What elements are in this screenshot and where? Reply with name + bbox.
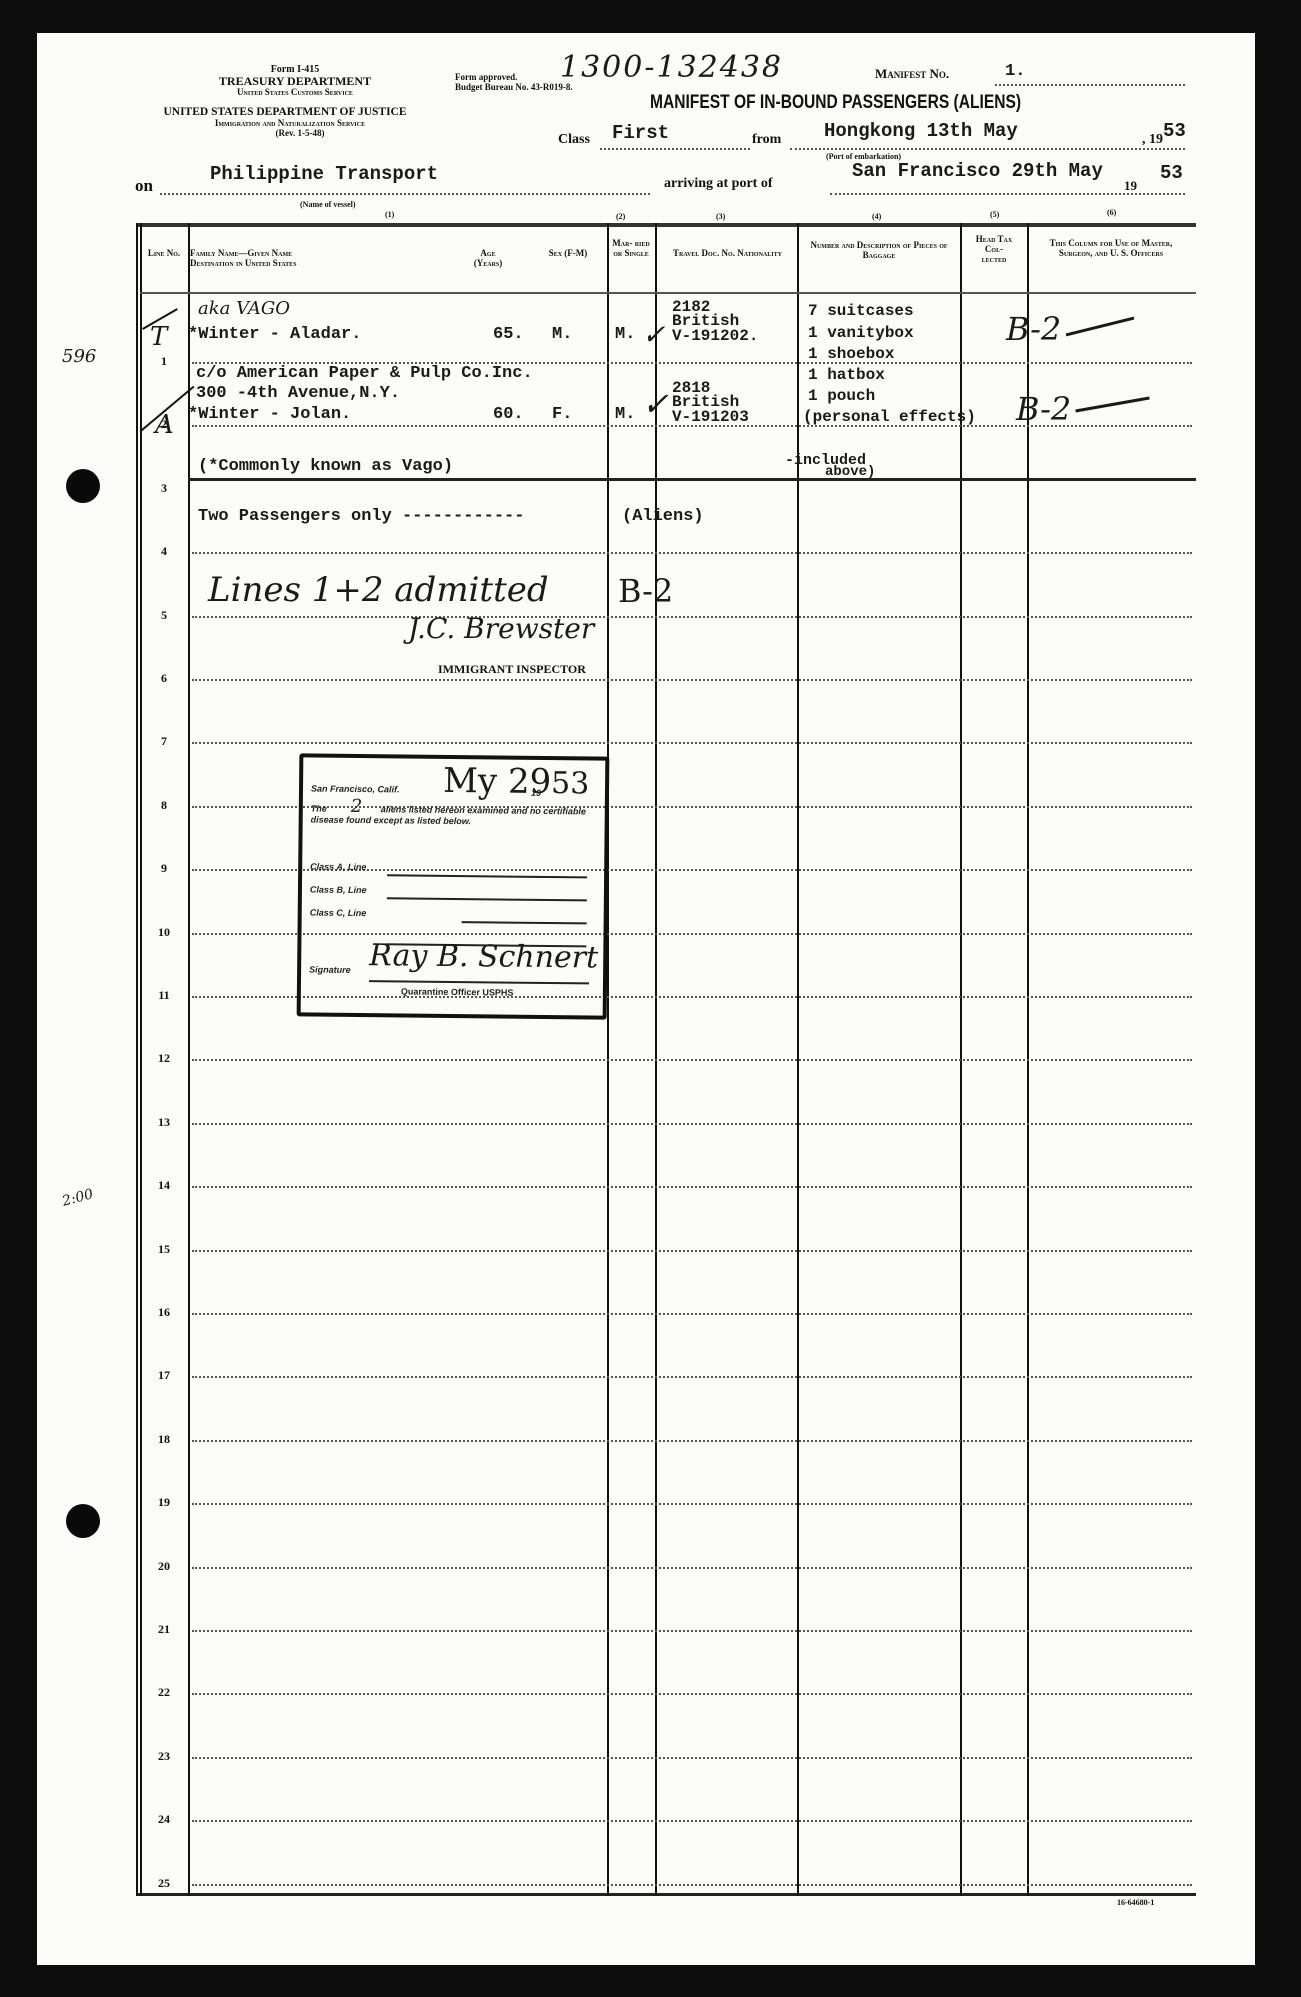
row-rule bbox=[192, 679, 1192, 681]
from-year-prefix: , 19 bbox=[1142, 132, 1163, 148]
passenger-2-sex: F. bbox=[552, 405, 572, 424]
passenger-2-nationality: British bbox=[672, 395, 739, 409]
line-number: 18 bbox=[140, 1432, 188, 1447]
header-sex: Sex (F-M) bbox=[548, 248, 588, 258]
line-number: 6 bbox=[140, 671, 188, 686]
row-rule bbox=[192, 1123, 1192, 1125]
check-mark-icon: ✓ bbox=[642, 385, 669, 423]
line-number: 23 bbox=[140, 1749, 188, 1764]
stamp-class-b: Class B, Line bbox=[310, 885, 367, 896]
footer-form-code: 16-64680-1 bbox=[1117, 1898, 1154, 1907]
line-number: 25 bbox=[140, 1876, 188, 1891]
row3-solid-rule bbox=[188, 478, 1196, 481]
table-bottom-border bbox=[136, 1893, 1196, 1896]
destination-line-1: c/o American Paper & Pulp Co.Inc. bbox=[196, 364, 533, 383]
row-rule bbox=[192, 1313, 1192, 1315]
department-of-justice: UNITED STATES DEPARTMENT OF JUSTICE bbox=[130, 106, 440, 118]
baggage-note-2: above) bbox=[825, 464, 875, 480]
passenger-1-age: 65. bbox=[493, 325, 524, 344]
header-family-name: Family Name—Given Name bbox=[190, 248, 292, 258]
line-number: 4 bbox=[140, 544, 188, 559]
on-label: on bbox=[135, 176, 153, 196]
class-value: First bbox=[612, 122, 669, 144]
stamp-year: 53 bbox=[551, 766, 590, 801]
col-marker-3: (3) bbox=[716, 212, 725, 221]
passenger-1-name: *Winter - Aladar. bbox=[188, 325, 361, 344]
row-rule bbox=[192, 616, 1192, 618]
stamp-signature-label: Signature bbox=[309, 964, 351, 974]
handwritten-reference: 1300-132438 bbox=[560, 50, 783, 85]
baggage-item: 1 pouch bbox=[808, 387, 875, 405]
admission-class: B-2 bbox=[618, 572, 673, 610]
manifest-no-line bbox=[995, 84, 1185, 86]
margin-note-596: 596 bbox=[62, 346, 96, 367]
row-rule bbox=[192, 1820, 1192, 1822]
stamp-class-a: Class A, Line bbox=[310, 862, 366, 873]
baggage-item: 7 suitcases bbox=[808, 302, 914, 320]
header-officers: This Column for Use of Master, Surgeon, … bbox=[1036, 238, 1186, 258]
row-rule bbox=[192, 1630, 1192, 1632]
budget-bureau: Budget Bureau No. 43-R019-8. bbox=[455, 82, 573, 92]
line-number: 9 bbox=[140, 861, 188, 876]
row-rule bbox=[192, 1503, 1192, 1505]
passenger-1-officer-note: B-2 bbox=[1006, 310, 1061, 348]
stamp-class-b-line bbox=[387, 897, 587, 901]
stamp-class-a-line bbox=[387, 874, 587, 878]
customs-service: United States Customs Service bbox=[185, 87, 405, 97]
line-number: 21 bbox=[140, 1622, 188, 1637]
footnote-commonly-known: (*Commonly known as Vago) bbox=[198, 457, 453, 476]
header-bottom-rule bbox=[140, 292, 1196, 294]
row-rule bbox=[192, 1059, 1192, 1061]
vessel-caption: (Name of vessel) bbox=[300, 200, 356, 209]
stamp-year-prefix: 19 bbox=[531, 788, 541, 798]
vessel-line bbox=[160, 193, 650, 195]
margin-mark-row2: A bbox=[155, 410, 174, 440]
class-label: Class bbox=[558, 132, 590, 148]
margin-mark-row1: T bbox=[150, 322, 167, 352]
row-rule bbox=[192, 552, 1192, 554]
stamp-signature: Ray B. Schnert bbox=[369, 938, 598, 975]
header-married: Mar- ried or Single bbox=[609, 238, 653, 258]
line-number: 1 bbox=[140, 354, 188, 369]
row-rule bbox=[192, 1376, 1192, 1378]
from-line bbox=[790, 148, 1185, 150]
row-rule bbox=[192, 1884, 1192, 1886]
line-number: 11 bbox=[140, 988, 188, 1003]
baggage-item: 1 vanitybox bbox=[808, 324, 914, 342]
admission-note: Lines 1+2 admitted bbox=[208, 570, 549, 610]
vessel-name: Philippine Transport bbox=[210, 163, 438, 185]
col-marker-6: (6) bbox=[1107, 208, 1116, 217]
punch-hole-bottom bbox=[66, 1504, 100, 1538]
inspector-signature: J.C. Brewster bbox=[408, 612, 594, 645]
col-marker-4: (4) bbox=[872, 212, 881, 221]
arriving-label: arriving at port of bbox=[664, 176, 772, 192]
row-rule bbox=[192, 1186, 1192, 1188]
class-line bbox=[600, 148, 750, 150]
row-rule bbox=[192, 1693, 1192, 1695]
form-approved: Form approved. bbox=[455, 72, 517, 82]
manifest-title: MANIFEST OF IN-BOUND PASSENGERS (ALIENS) bbox=[650, 92, 1021, 114]
row-rule bbox=[192, 1757, 1192, 1759]
quarantine-stamp: San Francisco, Calif. My 29 19 53 The 2 … bbox=[297, 753, 610, 1019]
passenger-1-visa: V-191202. bbox=[672, 329, 758, 343]
passenger-1-nationality: British bbox=[672, 314, 739, 328]
header-destination: Destination in United States bbox=[190, 258, 296, 268]
revision: (Rev. 1-5-48) bbox=[220, 128, 380, 138]
stamp-signature-line bbox=[369, 980, 589, 984]
line-number: 10 bbox=[140, 925, 188, 940]
baggage-item: 1 hatbox bbox=[808, 366, 885, 384]
col-marker-2: (2) bbox=[616, 212, 625, 221]
passenger-2-visa: V-191203 bbox=[672, 410, 749, 424]
from-label: from bbox=[752, 132, 781, 148]
line-number: 13 bbox=[140, 1115, 188, 1130]
passenger-1-marital: M. bbox=[615, 325, 635, 344]
line-number: 20 bbox=[140, 1559, 188, 1574]
check-mark-icon: ✓ bbox=[642, 318, 665, 351]
arriving-year-prefix: 19 bbox=[1124, 178, 1137, 194]
row-rule bbox=[192, 1250, 1192, 1252]
row-rule bbox=[192, 1440, 1192, 1442]
manifest-no-label: Manifest No. bbox=[875, 66, 949, 82]
col-marker-1: (1) bbox=[385, 210, 394, 219]
passenger-2-officer-note: B-2 bbox=[1016, 390, 1071, 428]
destination-line-2: 300 -4th Avenue,N.Y. bbox=[196, 384, 400, 403]
from-year: 53 bbox=[1163, 120, 1186, 142]
row-rule bbox=[192, 742, 1192, 744]
arriving-year: 53 bbox=[1160, 162, 1183, 184]
line-number: 22 bbox=[140, 1685, 188, 1700]
stamp-place: San Francisco, Calif. bbox=[311, 784, 400, 795]
punch-hole-top bbox=[66, 469, 100, 503]
line-number: 17 bbox=[140, 1368, 188, 1383]
table-top-border bbox=[136, 223, 1196, 227]
col-divider-lineno bbox=[188, 223, 190, 1896]
line-number: 16 bbox=[140, 1305, 188, 1320]
line-number: 14 bbox=[140, 1178, 188, 1193]
passenger-1-sex: M. bbox=[552, 325, 572, 344]
manifest-no-value: 1. bbox=[1005, 62, 1025, 81]
inspector-title: IMMIGRANT INSPECTOR bbox=[438, 662, 586, 677]
stamp-officer: Quarantine Officer USPHS bbox=[401, 986, 514, 997]
line-number: 5 bbox=[140, 608, 188, 623]
header-age: Age (Years) bbox=[468, 248, 508, 268]
summary-text: Two Passengers only ------------ bbox=[198, 507, 524, 526]
header-baggage: Number and Description of Pieces of Bagg… bbox=[800, 240, 958, 260]
summary-aliens: (Aliens) bbox=[622, 507, 704, 526]
line-number: 24 bbox=[140, 1812, 188, 1827]
stamp-class-c: Class C, Line bbox=[310, 908, 367, 919]
line-number: 7 bbox=[140, 734, 188, 749]
line-number: 3 bbox=[140, 481, 188, 496]
passenger-2-marital: M. bbox=[615, 405, 635, 424]
row-rule bbox=[192, 1567, 1192, 1569]
header-head-tax: Head Tax Col- lected bbox=[975, 234, 1013, 264]
stamp-body: aliens listed hereon examined and no cer… bbox=[311, 804, 591, 829]
line-number: 8 bbox=[140, 798, 188, 813]
line-number: 15 bbox=[140, 1242, 188, 1257]
stamp-class-c-line bbox=[462, 921, 587, 924]
baggage-item: 1 shoebox bbox=[808, 345, 894, 363]
line-number: 19 bbox=[140, 1495, 188, 1510]
line-number: 12 bbox=[140, 1051, 188, 1066]
ins-service: Immigration and Naturalization Service bbox=[140, 118, 440, 128]
passenger-2-name: *Winter - Jolan. bbox=[188, 405, 351, 424]
aka-annotation: aka VAGO bbox=[198, 298, 290, 319]
from-value: Hongkong 13th May bbox=[824, 120, 1018, 142]
header-line-no: Line No. bbox=[142, 248, 186, 258]
col-marker-5: (5) bbox=[990, 210, 999, 219]
table-left-border bbox=[136, 223, 138, 1896]
arriving-value: San Francisco 29th May bbox=[852, 160, 1103, 182]
passenger-2-age: 60. bbox=[493, 405, 524, 424]
baggage-item: (personal effects) bbox=[803, 408, 976, 426]
header-travel-doc: Travel Doc. No. Nationality bbox=[670, 248, 785, 258]
